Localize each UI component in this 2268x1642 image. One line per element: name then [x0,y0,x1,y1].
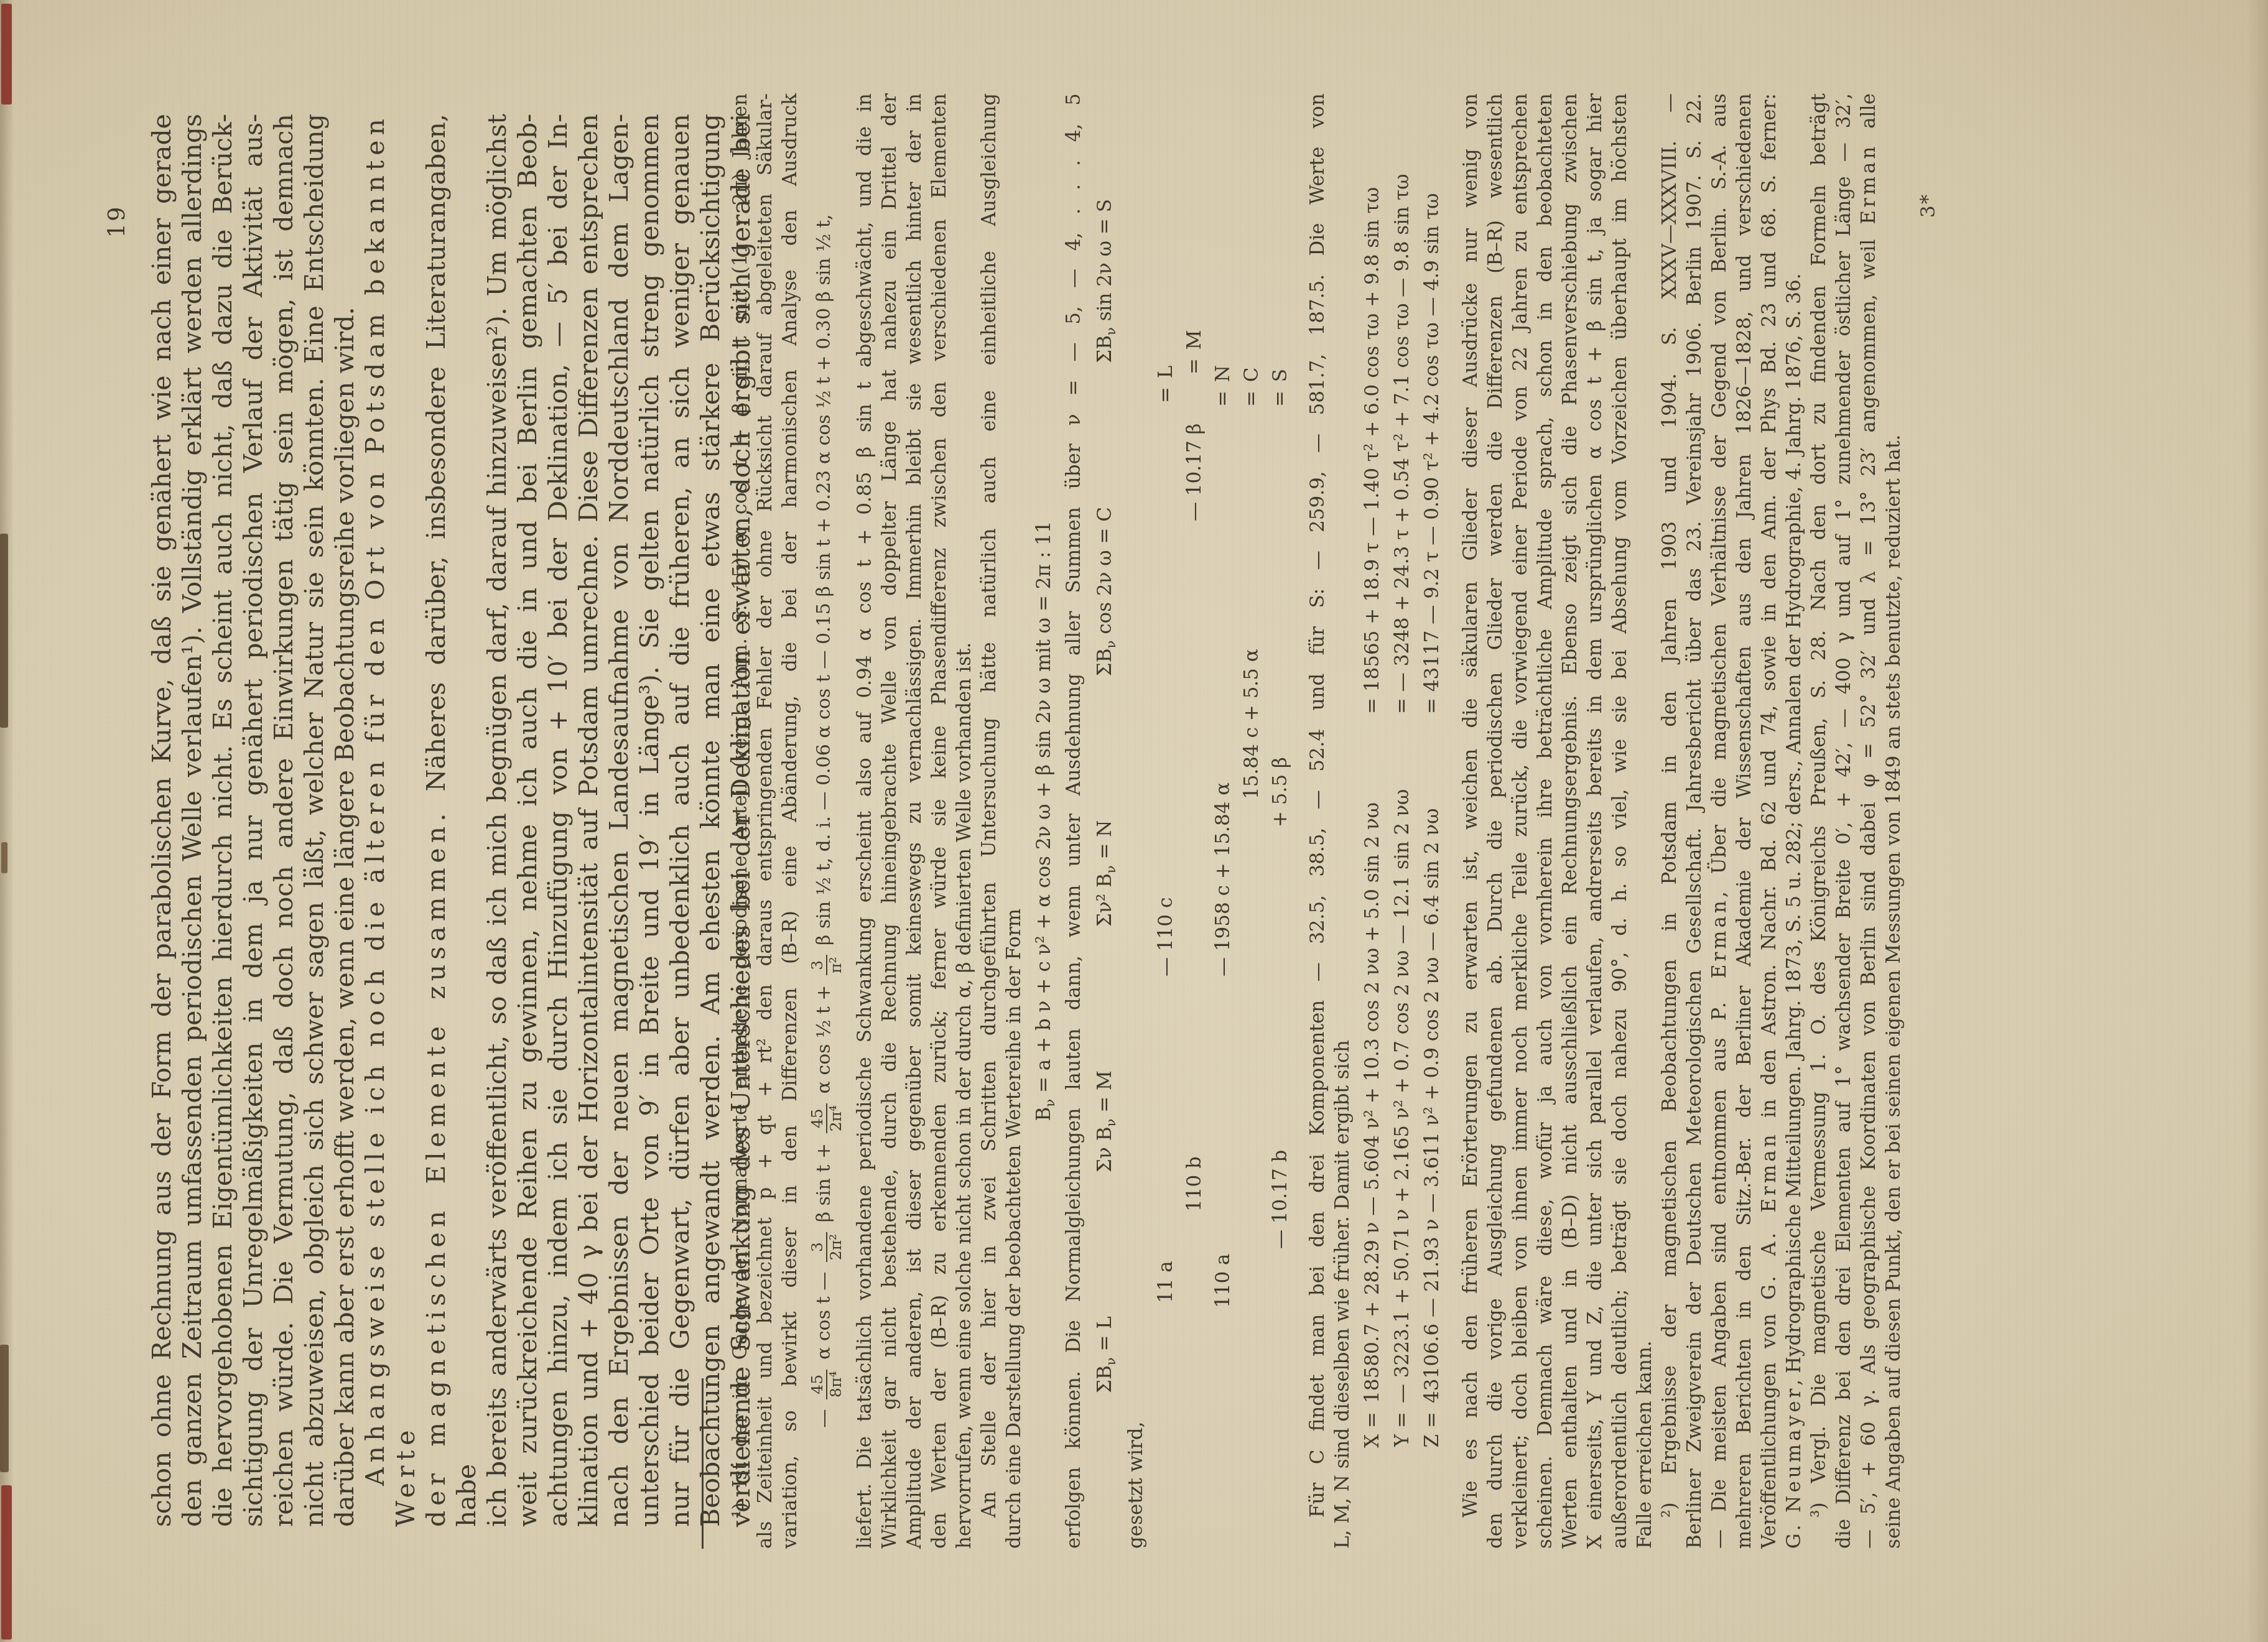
footnote-line: als Zeiteinheit und bezeichnet p + qt + … [753,93,778,1549]
text-run: den Werten der (B–R) zu erkennenden zurü… [928,93,950,1549]
text-line: unterschied beider Orte von 9′ in Breite… [634,114,665,1527]
text-run: Wie es nach den früheren Erörterungen zu… [1459,93,1482,1518]
text-run: Werten enthalten und in (B–D) nicht auss… [1559,93,1581,1549]
footnote-line: G. Neumayer, Hydrographische Mitteilunge… [1782,93,1806,1549]
text-run: liefert. Die tatsächlich vorhandene peri… [853,93,876,1549]
text-run: schon ohne Rechnung aus der Form der par… [147,114,177,1527]
page-rotated-90ccw: 19 schon ohne Rechnung aus der Form der … [0,0,2268,1642]
text-run: ²) Ergebnisse der magnetischen Beobachtu… [1658,93,1681,1518]
text-line: Anhangsweise stelle ich noch die älteren… [360,114,421,1527]
text-run: P. Erman [1708,898,1731,1021]
text-run: Anhangsweise stelle ich noch die älteren… [360,114,421,1527]
text-run: ν [1103,1357,1118,1365]
footnote-line: — Die meisten Angaben sind entnommen aus… [1707,93,1732,1549]
text-run: außerordentlich deutlich; beträgt sie do… [1609,93,1631,1549]
footnote-line: mehreren Berichten in den Sitz.-Ber. der… [1732,93,1757,1549]
normal-equation-row: 11 a — 110 c = L [1153,93,1182,1549]
text-run: Amplitude der anderen, ist dieser gegenü… [903,93,926,1549]
normal-equation-row: — 10.17 b + 5.5 β = S [1268,93,1296,1549]
formula-term: α cos t — [813,1272,835,1360]
text-line: weit zurückreichende Reihen zu gewinnen,… [513,114,543,1527]
component-equation-row: Y = — 3223.1 + 50.71 ν + 2.165 ν² + 0.7 … [1390,93,1420,1474]
scanned-book-page: 19 schon ohne Rechnung aus der Form der … [0,0,2268,1642]
footnote-line: ²) Ergebnisse der magnetischen Beobachtu… [1657,93,1682,1549]
text-run: klination und + 40 γ bei der Horizontali… [574,114,603,1527]
component-equations: X = 18580.7 + 28.29 ν — 5.604 ν² + 10.3 … [1360,93,1449,1474]
text-run: alle [1857,93,1880,143]
text-run: die hervorgehobenen Eigentümlichkeiten h… [208,114,238,1527]
text-run: die Differenz bei den drei Elementen auf… [1833,93,1855,1549]
footnote-line: verkleinert; doch bleiben von ihnen imme… [1508,93,1533,1549]
footnote-1-gesetzt: gesetzt wird, [1123,93,1148,1549]
text-run: ΣB [1094,649,1116,677]
text-run: Veröffentlichungen von [1758,1300,1780,1549]
text-run: mehreren Berichten in den Sitz.-Ber. der… [1733,93,1755,1549]
text-line: den ganzen Zeitraum umfassenden periodis… [177,114,208,1527]
fraction: 452π⁴ [809,1103,845,1133]
footnote-line: den durch die vorige Ausgleichung gefund… [1483,93,1508,1549]
formula-series-form: Bν = a + b ν + c ν² + α cos 2ν ω + β sin… [1031,93,1056,1549]
text-run: nur für die Gegenwart, dürfen aber unbed… [665,114,695,1527]
text-line: klination und + 40 γ bei der Horizontali… [574,114,604,1527]
text-run: ΣB [1094,335,1116,363]
text-line: nicht abzuweisen, obgleich sich schwer s… [299,114,330,1527]
footnote-line: ³) Vergl. Die magnetische Vermessung 1. … [1806,93,1831,1549]
footnote-1-discussion: liefert. Die tatsächlich vorhandene peri… [852,93,1026,1549]
footnote-line: seine Angaben auf diesen Punkt, den er b… [1881,93,1906,1549]
footnote-line: Falle erreichen kann. [1632,93,1657,1549]
text-run: cos 2ν ω = C [1094,507,1116,641]
text-line: sichtigung der Unregelmäßigkeiten in dem… [238,114,269,1527]
text-run: darüber kann aber erst erhofft werden, w… [330,307,360,1528]
footnote-line: Werten enthalten und in (B–D) nicht auss… [1558,93,1582,1549]
normal-equation-system: 11 a — 110 c = L 110 b — 10.17 β = M 110… [1153,93,1296,1549]
text-run: ν [1042,1099,1057,1107]
text-run: , Über die magnetischen Verhältnisse der… [1708,93,1731,898]
text-run: nicht abzuweisen, obgleich sich schwer s… [299,114,329,1527]
footnote-block: ¹) Ist der im Gange der Normalwerte enth… [728,93,1906,1549]
footnote-2: ²) Ergebnisse der magnetischen Beobachtu… [1657,93,1806,1549]
normal-equation-row: 15.84 c + 5.5 α = C [1239,93,1268,1549]
text-run: Erman [1857,143,1880,224]
text-run: Wirklichkeit gar nicht bestehende, durch… [878,93,901,1549]
text-run: den ganzen Zeitraum umfassenden periodis… [177,114,207,1527]
formula-sum-definitions: ΣBν = L Σν Bν = M Σν² Bν = N ΣBν cos 2ν … [1092,93,1117,1549]
text-line: der magnetischen Elemente zusammen. Nähe… [421,114,482,1527]
text-run: verkleinert; doch bleiben von ihnen imme… [1509,93,1531,1549]
footnote-line: Für C findet man bei den drei Komponente… [1305,93,1330,1549]
text-run: reichen würde. Die Vermutung, daß doch n… [269,114,299,1527]
text-run: G. A. Erman [1758,1131,1780,1300]
text-run: ich bereits anderwärts veröffentlicht, s… [482,114,512,1527]
text-line: achtungen hinzu, indem ich sie durch Hin… [543,114,574,1527]
footnote-line: X einerseits, Y und Z, die unter sich pa… [1582,93,1607,1549]
text-run: Falle erreichen kann. [1634,1340,1656,1549]
footnote-line: variation, so bewirkt dieser in den Diff… [778,93,802,1549]
fraction: 458π⁴ [809,1370,845,1399]
text-run: ΣB [1094,1365,1116,1393]
text-run: sichtigung der Unregelmäßigkeiten in dem… [238,114,268,1527]
text-run: sin 2ν ω = S [1094,199,1116,327]
text-run: = a + b ν + c ν² + α cos 2ν ω + β sin 2ν… [1033,521,1055,1098]
text-run: = L [1094,1316,1116,1357]
text-line: schon ohne Rechnung aus der Form der par… [147,114,177,1527]
footnote-line: die Differenz bei den drei Elementen auf… [1831,93,1856,1549]
text-line: nur für die Gegenwart, dürfen aber unbed… [665,114,695,1527]
text-run: Beobachtungen angewandt werden. Am ehest… [695,114,725,1527]
text-run: nach den Ergebnissen der neuen magnetisc… [604,114,634,1527]
footnote-line: hervorrufen, wenn eine solche nicht scho… [952,93,977,1549]
sum-term: ΣBν = L [1092,1316,1117,1393]
text-line: die hervorgehobenen Eigentümlichkeiten h… [208,114,238,1527]
text-run: variation, so bewirkt dieser in den Diff… [779,93,801,1549]
text-run: achtungen hinzu, indem ich sie durch Hin… [543,114,573,1527]
sum-term: Σν Bν = M [1092,1070,1117,1172]
footnote-line: erfolgen können. Die Normalgleichungen l… [1061,93,1086,1549]
sum-term: Σν² Bν = N [1092,820,1117,927]
text-run: An Stelle der hier in zwei Schritten dur… [978,93,1000,1518]
text-run: = M [1094,1070,1116,1118]
text-run: unterschied beider Orte von 9′ in Breite… [634,114,664,1527]
main-text-block: schon ohne Rechnung aus der Form der par… [147,114,756,1527]
component-equation-row: Z = 43106.6 — 21.93 ν — 3.611 ν² + 0.9 c… [1420,93,1449,1474]
text-run: — 5′, + 60 γ. Als geographische Koordina… [1857,225,1880,1549]
text-run: ¹) Ist der im Gange der Normalwerte enth… [729,93,751,1518]
book-edge-shadow-right [2247,0,2268,1642]
text-run: ν [1103,1119,1118,1127]
formula-term: β sin t + [813,1143,835,1222]
text-line: Beobachtungen angewandt werden. Am ehest… [695,114,726,1527]
text-run: gesetzt wird, [1125,1421,1147,1549]
sum-term: ΣBν cos 2ν ω = C [1092,507,1117,676]
footnote-line: Wie es nach den früheren Erörterungen zu… [1458,93,1483,1549]
footnote-line: Veröffentlichungen von G. A. Erman in de… [1757,93,1782,1549]
footnote-line: außerordentlich deutlich; beträgt sie do… [1607,93,1632,1549]
book-edge-mark-brown [0,534,8,728]
text-run: Σν² B [1094,873,1116,927]
text-run: = N [1094,820,1116,866]
formula-secular-error: — 458π⁴ α cos t — 32π² β sin t + 452π⁴ α… [809,93,845,1549]
fraction: 32π² [809,1232,845,1262]
text-line: ich bereits anderwärts veröffentlicht, s… [482,114,513,1527]
book-edge-mark-red-bottom [1,1485,12,1640]
footnote-separator-rule [702,1378,704,1549]
footnote-line: L, M, N sind dieselben wie früher. Damit… [1330,93,1355,1549]
text-run: in den Astron. Nachr. Bd. 62 und 74, sow… [1758,93,1780,1131]
footnote-line: Wirklichkeit gar nicht bestehende, durch… [877,93,902,1549]
footnote-1-intro: ¹) Ist der im Gange der Normalwerte enth… [728,93,802,1549]
footnote-1-conclusion: Wie es nach den früheren Erörterungen zu… [1458,93,1657,1549]
signature-mark: 3* [1917,193,1940,218]
text-run: , Hydrographische Mitteilungen. Jahrg. 1… [1783,273,1805,1385]
text-run: ν [1103,641,1118,649]
formula-term: β sin ½ t, d. i. — 0.06 α cos t — 0.15 β… [813,215,835,945]
text-run: — Die meisten Angaben sind entnommen aus [1708,1021,1731,1549]
footnote-line: durch eine Darstellung der beobachteten … [1002,93,1026,1549]
formula-term: α cos ½ t + [813,985,835,1094]
text-line: darüber kann aber erst erhofft werden, w… [330,114,360,1527]
footnote-line: liefert. Die tatsächlich vorhandene peri… [852,93,877,1549]
footnote-line: gesetzt wird, [1123,93,1148,1549]
normal-equation-row: 110 a — 1958 c + 15.84 α = N [1211,93,1239,1549]
text-run: Berliner Zweigverein der Deutschen Meteo… [1683,93,1706,1549]
text-run: durch eine Darstellung der beobachteten … [1003,909,1025,1549]
text-run: seine Angaben auf diesen Punkt, den er b… [1882,435,1905,1549]
text-run: ³) Vergl. Die magnetische Vermessung 1. … [1808,93,1830,1518]
book-edge-mark-brown-lower [0,1345,9,1472]
footnote-3: ³) Vergl. Die magnetische Vermessung 1. … [1806,93,1906,1549]
component-equation-row: X = 18580.7 + 28.29 ν — 5.604 ν² + 10.3 … [1360,93,1390,1474]
text-run: Σν B [1094,1127,1116,1172]
footnote-line: — 5′, + 60 γ. Als geographische Koordina… [1856,93,1881,1549]
text-run: weit zurückreichende Reihen zu gewinnen,… [513,114,542,1527]
text-run: G. Neumayer [1783,1386,1805,1549]
page-number: 19 [103,178,130,265]
book-edge-mark-small [1,842,7,873]
text-line: reichen würde. Die Vermutung, daß doch n… [269,114,299,1527]
text-run: als Zeiteinheit und bezeichnet p + qt + … [754,93,776,1549]
footnote-line: scheinen. Demnach wäre diese, wofür ja a… [1533,93,1558,1549]
text-run: scheinen. Demnach wäre diese, wofür ja a… [1534,93,1556,1549]
normal-equation-row: 110 b — 10.17 β = M [1182,93,1211,1549]
text-run: erfolgen können. Die Normalgleichungen l… [1062,93,1085,1549]
text-line: nach den Ergebnissen der neuen magnetisc… [604,114,634,1527]
text-run: der magnetischen Elemente zusammen. [421,809,451,1527]
footnote-1-results-intro: Für C findet man bei den drei Komponente… [1305,93,1355,1549]
footnote-line: ¹) Ist der im Gange der Normalwerte enth… [728,93,753,1549]
book-edge-mark-red-top [1,4,12,104]
text-run: den durch die vorige Ausgleichung gefund… [1484,93,1507,1549]
text-run: ν [1103,865,1118,873]
formula-sign: — [813,1409,835,1427]
text-run: Für C findet man bei den drei Komponente… [1306,93,1329,1518]
footnote-line: Berliner Zweigverein der Deutschen Meteo… [1682,93,1707,1549]
footnote-line: den Werten der (B–R) zu erkennenden zurü… [927,93,952,1549]
footnote-line: An Stelle der hier in zwei Schritten dur… [977,93,1002,1549]
footnote-line: Amplitude der anderen, ist dieser gegenü… [902,93,927,1549]
text-run: B [1033,1107,1055,1121]
text-run: X einerseits, Y und Z, die unter sich pa… [1584,93,1606,1549]
text-run: ν [1103,327,1118,335]
sum-term: ΣBν sin 2ν ω = S [1092,199,1117,363]
text-run: L, M, N sind dieselben wie früher. Damit… [1331,1040,1354,1549]
footnote-1-normal-eq-intro: erfolgen können. Die Normalgleichungen l… [1061,93,1086,1549]
text-run: hervorrufen, wenn eine solche nicht scho… [953,642,975,1549]
fraction: 3π² [809,955,845,975]
